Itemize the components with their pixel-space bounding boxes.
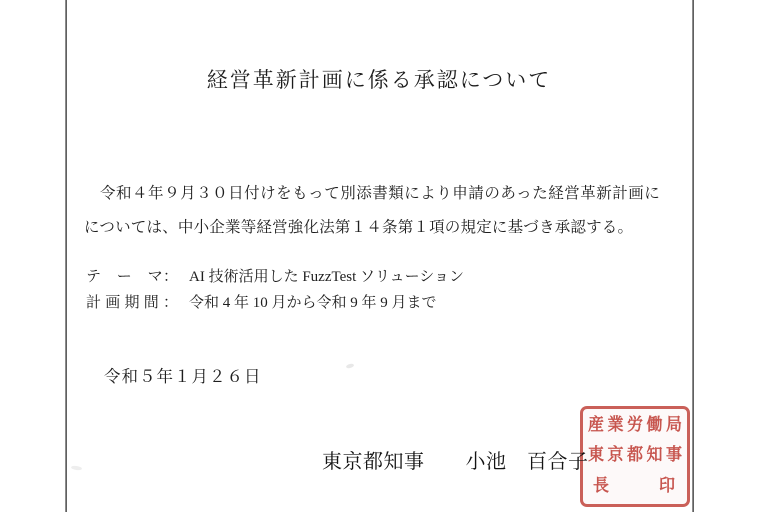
body-paragraph: 令和４年９月３０日付けをもって別添書類により申請のあった経営革新計画に について… [84,177,660,245]
period-label: 計画期間： [86,291,178,317]
seal-row-top: 産業労働局 [583,410,687,442]
scan-artifact-speck [71,465,82,470]
plan-details: テ ー マ：AI 技術活用した FuzzTest ソリューション 計画期間：令和… [86,265,464,316]
document-title: 経営革新計画に係る承認について [65,64,693,94]
detail-row-theme: テ ー マ：AI 技術活用した FuzzTest ソリューション [86,265,464,291]
theme-label: テ ー マ： [86,265,178,291]
period-value: 令和 4 年 10 月から令和 9 年 9 月まで [189,295,437,311]
scan-artifact-speck [346,363,355,369]
seal-row-bottom: 長印 [583,471,687,503]
scanned-approval-document: 経営革新計画に係る承認について 令和４年９月３０日付けをもって別添書類により申請… [0,0,768,512]
official-red-seal: 産業労働局 東京都知事 長印 [580,406,690,507]
seal-row-middle: 東京都知事 [583,441,687,473]
body-line-1: 令和４年９月３０日付けをもって別添書類により申請のあった経営革新計画に [84,177,660,211]
issue-date: 令和５年１月２６日 [104,363,262,387]
body-line-2: については、中小企業等経営強化法第１４条第１項の規定に基づき承認する。 [84,211,660,245]
signer-name: 東京都知事 小池 百合子 [322,445,589,474]
theme-value: AI 技術活用した FuzzTest ソリューション [189,269,464,285]
detail-row-period: 計画期間：令和 4 年 10 月から令和 9 年 9 月まで [86,291,464,317]
